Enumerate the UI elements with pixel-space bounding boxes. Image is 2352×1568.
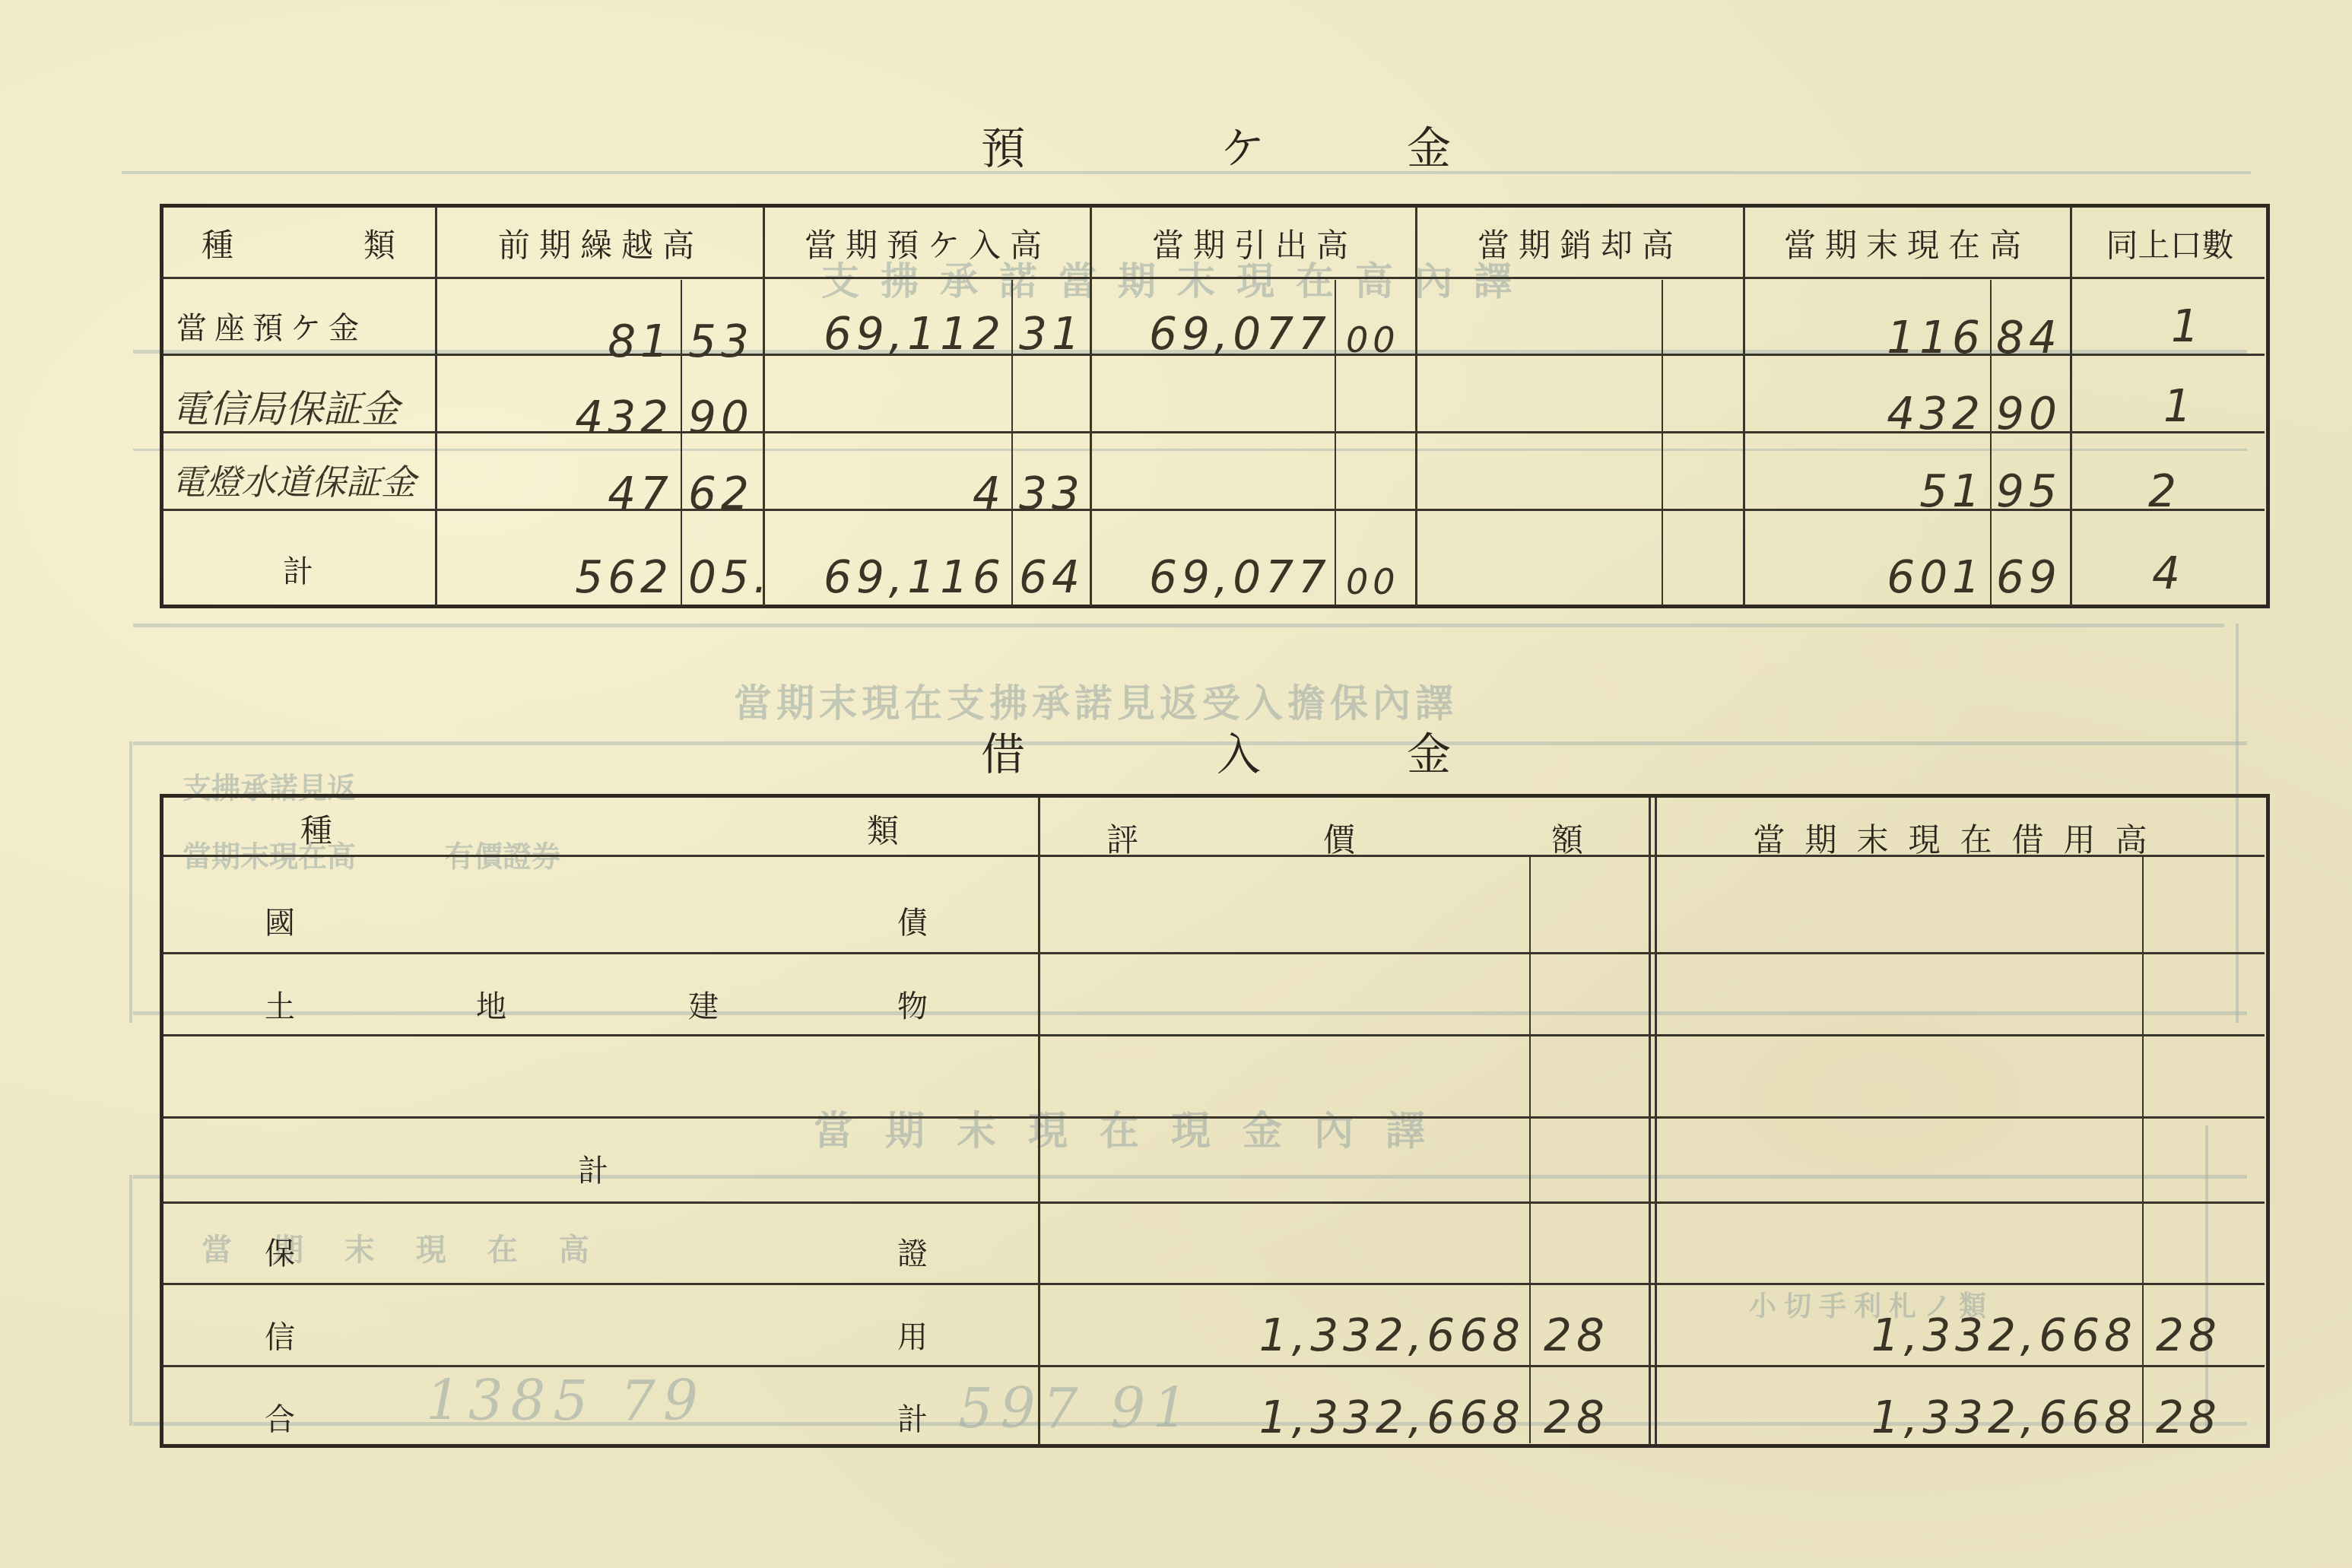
kind-char-1: 保 bbox=[265, 1230, 295, 1273]
total-end-sen: 69 bbox=[1996, 551, 2062, 603]
end-sen: 90 bbox=[1996, 388, 2062, 440]
deposits-title: 預 ケ 金 bbox=[0, 113, 2352, 166]
header-valuation-char-3: 額 bbox=[1551, 815, 1583, 861]
balance-yen: 1,332,668 bbox=[1662, 1309, 2137, 1361]
total-prev-sen: 05. bbox=[688, 551, 772, 603]
row-kind: 電信局保証金 bbox=[171, 379, 399, 433]
prev-sen: 90 bbox=[688, 392, 754, 443]
total-deposited-sen: 64 bbox=[1019, 551, 1084, 603]
valuation-sen: 28 bbox=[1544, 1309, 1609, 1361]
kind-char-2: 地 bbox=[476, 982, 506, 1026]
kind-char-4: 物 bbox=[897, 982, 928, 1026]
kind-char-1: 國 bbox=[265, 899, 295, 942]
total-label: 計 bbox=[283, 548, 313, 591]
prev-yen: 432 bbox=[441, 392, 673, 443]
prev-yen: 47 bbox=[441, 468, 673, 519]
total-end-yen: 601 bbox=[1749, 551, 1985, 603]
total-prev-yen: 562 bbox=[441, 551, 673, 603]
valuation-sen: 28 bbox=[1544, 1392, 1609, 1443]
deposited-yen: 69,112 bbox=[768, 308, 1005, 360]
kind-char-2: 計 bbox=[897, 1395, 928, 1439]
prev-yen: 81 bbox=[441, 316, 673, 367]
deposited-yen: 4 bbox=[768, 468, 1005, 519]
header-end-borrowed: 當期末現在借用高 bbox=[1658, 815, 2262, 861]
borrowings-title-char-2: 入 bbox=[1217, 719, 1261, 782]
valuation-yen: 1,332,668 bbox=[1046, 1309, 1525, 1361]
accounts: 1 bbox=[2171, 300, 2204, 352]
end-sen: 95 bbox=[1996, 465, 2062, 517]
row-kind: 當座預ケ金 bbox=[176, 304, 367, 348]
header-prev-carryover: 前期繰越高 bbox=[441, 221, 760, 266]
total-withdrawn-sen: 00 bbox=[1346, 561, 1400, 602]
kind-char-2: 證 bbox=[897, 1230, 928, 1273]
header-kind-char-1: 種 bbox=[300, 806, 332, 852]
header-kind-char-2: 類 bbox=[363, 221, 405, 266]
header-withdrawn: 當期引出高 bbox=[1095, 221, 1414, 266]
borrowings-title-char-3: 金 bbox=[1407, 719, 1451, 782]
accounts: 1 bbox=[2163, 380, 2196, 432]
prev-sen: 62 bbox=[688, 468, 754, 519]
balance-yen: 1,332,668 bbox=[1662, 1392, 2137, 1443]
header-end-balance: 當期末現在高 bbox=[1747, 221, 2067, 266]
kind-char-1: 合 bbox=[265, 1395, 295, 1439]
total-accounts: 4 bbox=[2152, 548, 2185, 599]
borrowings-title: 借 入 金 bbox=[0, 719, 2352, 772]
deposits-title-char-1: 預 bbox=[981, 113, 1025, 176]
accounts: 2 bbox=[2148, 465, 2181, 517]
kind-char-1: 信 bbox=[265, 1313, 295, 1357]
end-yen: 116 bbox=[1749, 312, 1985, 363]
kind-char-2: 債 bbox=[897, 899, 928, 942]
end-yen: 432 bbox=[1749, 388, 1985, 440]
header-kind-char-2: 類 bbox=[867, 806, 899, 852]
total-deposited-yen: 69,116 bbox=[768, 551, 1005, 603]
total-withdrawn-yen: 69,077 bbox=[1095, 551, 1331, 603]
kind-char-2: 用 bbox=[897, 1313, 928, 1357]
kind-char-1: 土 bbox=[265, 982, 295, 1026]
header-valuation-char-2: 價 bbox=[1323, 815, 1355, 861]
borrowings-title-char-1: 借 bbox=[981, 719, 1025, 782]
prev-sen: 53 bbox=[688, 316, 754, 367]
deposits-title-char-3: 金 bbox=[1407, 113, 1451, 176]
header-written-off: 當期銷却高 bbox=[1420, 221, 1740, 266]
kind-char-1: 計 bbox=[578, 1147, 608, 1190]
deposited-sen: 33 bbox=[1019, 468, 1084, 519]
header-accounts: 同上口數 bbox=[2073, 221, 2267, 266]
row-kind: 電燈水道保証金 bbox=[171, 455, 416, 505]
end-sen: 84 bbox=[1996, 312, 2062, 363]
balance-sen: 28 bbox=[2156, 1392, 2221, 1443]
header-valuation-char-1: 評 bbox=[1106, 815, 1138, 861]
kind-char-3: 建 bbox=[688, 982, 719, 1026]
withdrawn-sen: 00 bbox=[1346, 319, 1400, 360]
balance-sen: 28 bbox=[2156, 1309, 2221, 1361]
header-kind-char-1: 種 bbox=[202, 221, 243, 266]
end-yen: 51 bbox=[1749, 465, 1985, 517]
deposited-sen: 31 bbox=[1019, 308, 1084, 360]
header-deposited: 當期預ケ入高 bbox=[768, 221, 1087, 266]
deposits-title-char-2: ケ bbox=[1220, 113, 1265, 176]
withdrawn-yen: 69,077 bbox=[1095, 308, 1331, 360]
valuation-yen: 1,332,668 bbox=[1046, 1392, 1525, 1443]
